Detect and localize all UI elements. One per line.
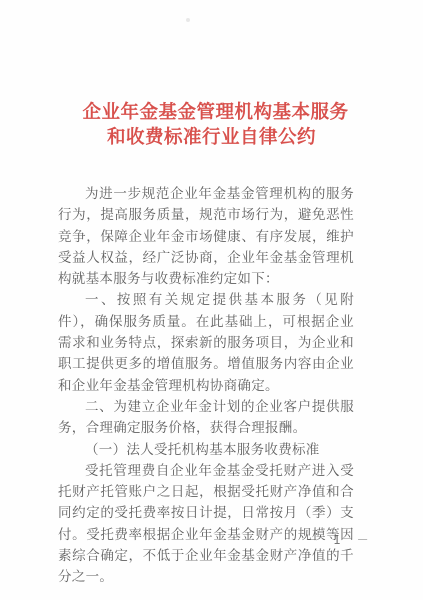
paragraph-trustee-fees: 受托管理费自企业年金基金受托财产进入受托财产托管账户之日起，根据受托财产净值和合… — [58, 461, 354, 589]
title-line-1: 企业年金基金管理机构基本服务 — [0, 100, 423, 125]
document-title: 企业年金基金管理机构基本服务 和收费标准行业自律公约 — [0, 100, 423, 150]
title-line-2: 和收费标准行业自律公约 — [0, 125, 423, 150]
section-heading-trustee-fees: （一）法人受托机构基本服务收费标准 — [58, 440, 354, 461]
page-number: － 1 － — [305, 531, 375, 548]
paragraph-article-2: 二、为建立企业年金计划的企业客户提供服务，合理确定服务价格，获得合理报酬。 — [58, 397, 354, 440]
paragraph-article-1: 一、按照有关规定提供基本服务（见附件），确保服务质量。在此基础上，可根据企业需求… — [58, 290, 354, 396]
scan-speck — [186, 18, 190, 22]
paragraph-preamble: 为进一步规范企业年金基金管理机构的服务行为，提高服务质量，规范市场行为，避免恶性… — [58, 184, 354, 290]
document-body: 为进一步规范企业年金基金管理机构的服务行为，提高服务质量，规范市场行为，避免恶性… — [58, 184, 354, 589]
document-page: 企业年金基金管理机构基本服务 和收费标准行业自律公约 为进一步规范企业年金基金管… — [0, 0, 423, 600]
